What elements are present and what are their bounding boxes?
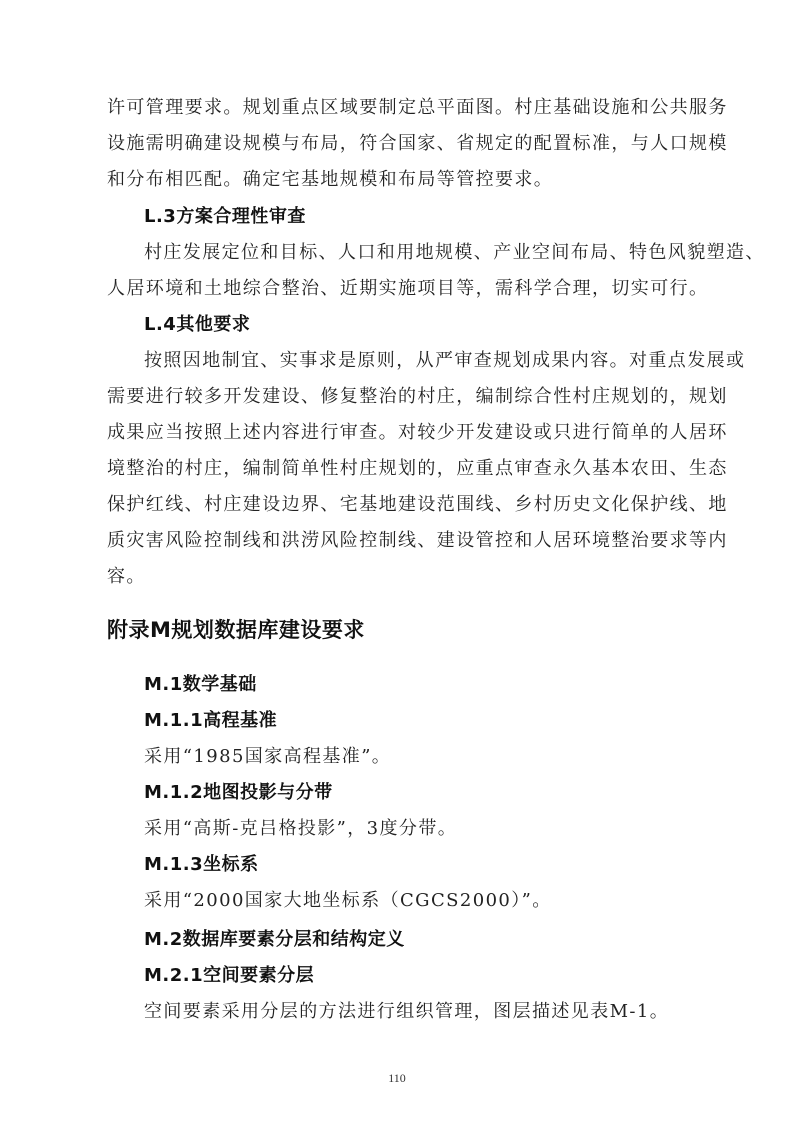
appendix-title: 附录M规划数据库建设要求	[107, 617, 365, 643]
page-number: 110	[0, 1071, 794, 1086]
section-heading-M1-1: M.1.1高程基准	[144, 710, 277, 732]
paragraph-line: 需要进行较多开发建设、修复整治的村庄，编制综合性村庄规划的，规划	[107, 386, 728, 408]
section-text-M1-3: 采用“2000国家大地坐标系（CGCS2000）”。	[144, 890, 552, 912]
paragraph-line: 按照因地制宜、实事求是原则，从严审查规划成果内容。对重点发展或	[144, 350, 745, 372]
paragraph-line: 成果应当按照上述内容进行审查。对较少开发建设或只进行简单的人居环	[107, 422, 728, 444]
section-text-M1-2: 采用“高斯-克吕格投影”，3度分带。	[144, 818, 457, 840]
paragraph-line: 村庄发展定位和目标、人口和用地规模、产业空间布局、特色风貌塑造、	[144, 242, 765, 264]
paragraph-line: 容。	[107, 566, 146, 588]
section-heading-M2-1: M.2.1空间要素分层	[144, 965, 314, 987]
section-heading-M1-2: M.1.2地图投影与分带	[144, 782, 333, 804]
paragraph-line: 许可管理要求。规划重点区域要制定总平面图。村庄基础设施和公共服务	[107, 97, 728, 119]
document-page: 许可管理要求。规划重点区域要制定总平面图。村庄基础设施和公共服务 设施需明确建设…	[0, 0, 794, 1122]
section-heading-L3: L.3方案合理性审查	[144, 206, 306, 228]
section-text-M1-1: 采用“1985国家高程基准”。	[144, 746, 391, 768]
paragraph-line: 境整治的村庄，编制简单性村庄规划的，应重点审查永久基本农田、生态	[107, 458, 728, 480]
paragraph-line: 和分布相匹配。确定宅基地规模和布局等管控要求。	[107, 169, 553, 191]
section-heading-M1: M.1数学基础	[144, 674, 257, 696]
section-text-M2-1: 空间要素采用分层的方法进行组织管理，图层描述见表M-1。	[144, 1001, 669, 1023]
paragraph-line: 设施需明确建设规模与布局，符合国家、省规定的配置标准，与人口规模	[107, 133, 728, 155]
section-heading-M2: M.2数据库要素分层和结构定义	[144, 929, 405, 951]
paragraph-line: 保护红线、村庄建设边界、宅基地建设范围线、乡村历史文化保护线、地	[107, 494, 728, 516]
paragraph-line: 质灾害风险控制线和洪涝风险控制线、建设管控和人居环境整治要求等内	[107, 530, 728, 552]
paragraph-line: 人居环境和土地综合整治、近期实施项目等，需科学合理，切实可行。	[107, 278, 708, 300]
section-heading-M1-3: M.1.3坐标系	[144, 854, 259, 876]
section-heading-L4: L.4其他要求	[144, 314, 250, 336]
